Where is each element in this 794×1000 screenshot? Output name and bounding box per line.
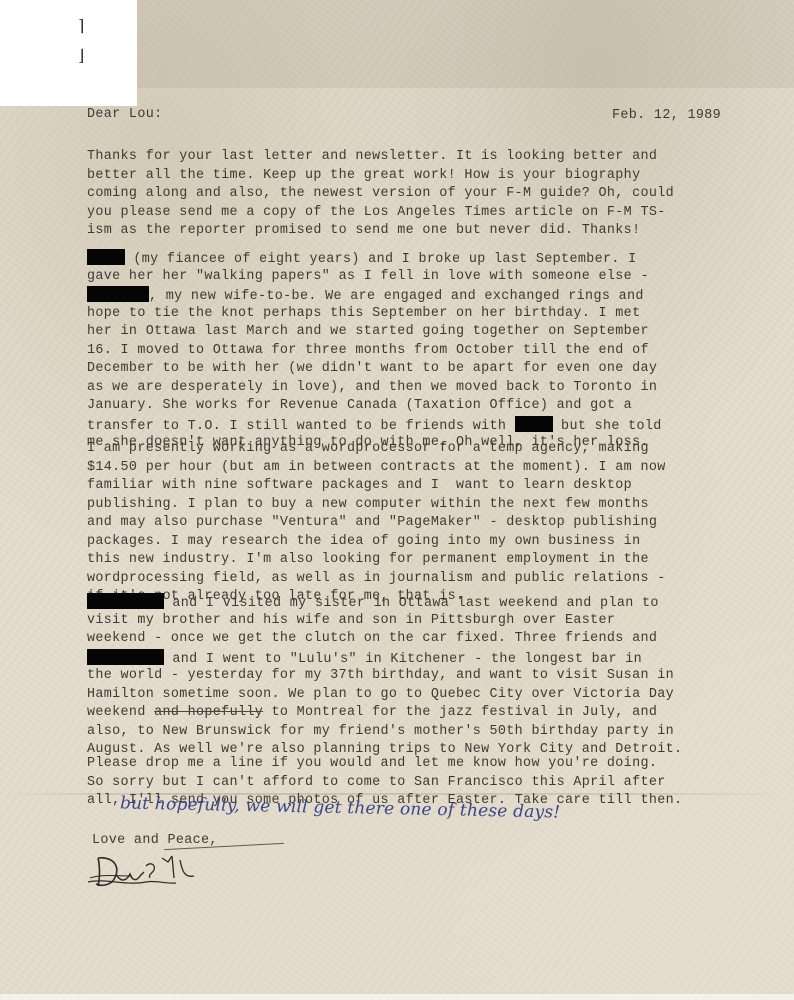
text-segment: and I visited my sister in Ottawa last w… [164,596,659,611]
text-line: and I went to "Lulu's" in Kitchener - th… [87,649,682,668]
text-line: December to be with her (we didn't want … [87,360,662,379]
paper-bottom-edge [0,994,794,1000]
text-line: (my fiancee of eight years) and I broke … [87,249,662,268]
redaction-box [515,416,553,432]
text-line: packages. I may research the idea of goi… [87,533,666,552]
text-line: also, to New Brunswick for my friend's m… [87,723,682,742]
signature-icon [86,852,226,892]
text-segment: but she told [553,419,662,434]
text-segment: , my new wife-to-be. We are engaged and … [149,289,644,304]
paragraph-work: I am presently working as a wordprocesso… [87,440,666,607]
closing-text: Love and Peace, [92,833,218,848]
text-segment: (my fiancee of eight years) and I broke … [125,252,637,267]
text-segment: and I went to "Lulu's" in Kitchener - th… [164,652,642,667]
text-line: the world - yesterday for my 37th birthd… [87,667,682,686]
text-line: transfer to T.O. I still wanted to be fr… [87,416,662,435]
text-line: Thanks for your last letter and newslett… [87,148,674,167]
text-line: weekend - once we get the clutch on the … [87,630,682,649]
redaction-box [87,649,164,665]
paper-top-shading [137,0,794,88]
text-segment: transfer to T.O. I still wanted to be fr… [87,419,515,434]
struck-text: and hopefully [154,705,263,720]
text-line: Please drop me a line if you would and l… [87,755,682,774]
text-line: ism as the reporter promised to send me … [87,222,674,241]
text-line: hope to tie the knot perhaps this Septem… [87,305,662,324]
redaction-box [87,286,149,302]
text-line: better all the time. Keep up the great w… [87,167,674,186]
paragraph-relationship: (my fiancee of eight years) and I broke … [87,249,662,453]
text-line: I am presently working as a wordprocesso… [87,440,666,459]
salutation: Dear Lou: [87,105,162,124]
text-line: January. She works for Revenue Canada (T… [87,397,662,416]
staple-mark-icon: ⌉ [78,18,84,34]
text-line: visit my brother and his wife and son in… [87,612,682,631]
paragraph-travel: and I visited my sister in Ottawa last w… [87,593,682,760]
text-line: and may also purchase "Ventura" and "Pag… [87,514,666,533]
text-segment: weekend [87,705,154,720]
text-line: $14.50 per hour (but am in between contr… [87,459,666,478]
text-line: So sorry but I can't afford to come to S… [87,774,682,793]
text-line: and I visited my sister in Ottawa last w… [87,593,682,612]
letter-date: Feb. 12, 1989 [612,106,721,125]
text-line: publishing. I plan to buy a new computer… [87,496,666,515]
text-line: coming along and also, the newest versio… [87,185,674,204]
text-segment: to Montreal for the jazz festival in Jul… [263,705,657,720]
text-line: familiar with nine software packages and… [87,477,666,496]
text-line: 16. I moved to Ottawa for three months f… [87,342,662,361]
text-line: her in Ottawa last March and we started … [87,323,662,342]
text-line: this new industry. I'm also looking for … [87,551,666,570]
text-line: you please send me a copy of the Los Ang… [87,204,674,223]
staple-mark-icon: ⌋ [78,48,84,64]
redaction-box [87,249,125,265]
text-line: Hamilton sometime soon. We plan to go to… [87,686,682,705]
paragraph-newsletter: Thanks for your last letter and newslett… [87,148,674,241]
text-line: , my new wife-to-be. We are engaged and … [87,286,662,305]
redaction-box [87,593,164,609]
text-line: wordprocessing field, as well as in jour… [87,570,666,589]
text-line: weekend and hopefully to Montreal for th… [87,704,682,723]
scan-white-corner: ⌉ ⌋ [0,0,137,106]
text-line: gave her her "walking papers" as I fell … [87,268,662,287]
text-line: as we are desperately in love), and then… [87,379,662,398]
